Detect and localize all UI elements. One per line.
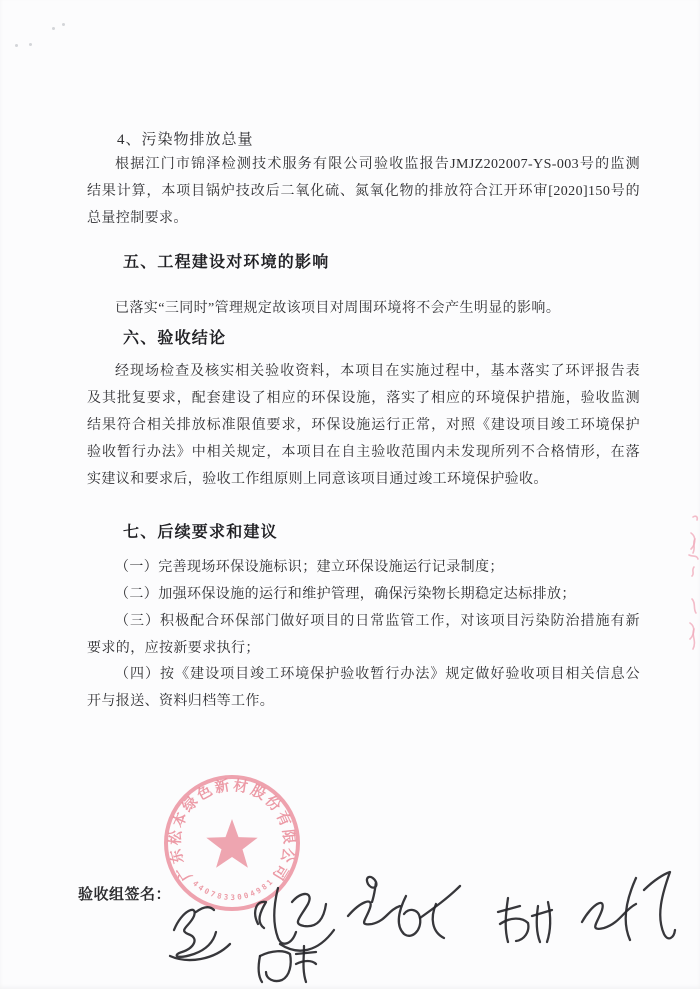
- paragraph-line: 已落实“三同时”管理规定故该项目对周围环境将不会产生明显的影响。: [87, 299, 640, 321]
- signature-4: [348, 877, 460, 938]
- paragraph-line: 根据江门市锦泽检测技术服务有限公司验收监报告JMJZ202007-YS-003号…: [87, 155, 640, 177]
- section-heading-environment-impact: 五、工程建设对环境的影响: [123, 249, 329, 272]
- edge-stamp-fragments: [679, 503, 700, 653]
- signature-6: [582, 872, 675, 940]
- signature-1: [170, 907, 230, 960]
- signature-5: [498, 898, 552, 942]
- paragraph-line: 经现场检查及核实相关验收资料，本项目在实施过程中，基本落实了环评报告表: [87, 362, 640, 384]
- paragraph-line: 结果符合相关排放标准限值要求，环保设施运行正常，对照《建设项目竣工环境保护: [87, 416, 640, 438]
- paragraph-line: 实建议和要求后，验收工作组原则上同意该项目通过竣工环境保护验收。: [87, 470, 640, 492]
- list-item-continuation: 开与报送、资料归档等工作。: [87, 692, 640, 714]
- section-heading-acceptance-conclusion: 六、验收结论: [123, 325, 226, 348]
- scan-speck: [62, 23, 65, 26]
- list-item: （一）完善现场环保设施标识；建立环保设施运行记录制度；: [87, 558, 640, 580]
- paragraph-line: 及其批复要求，配套建设了相应的环保设施，落实了相应的环境保护措施，验收监测: [87, 389, 640, 411]
- scan-speck: [52, 27, 55, 30]
- paragraph-line: 总量控制要求。: [87, 209, 640, 231]
- signature-2: [255, 888, 334, 951]
- subsection-heading-pollutant-totals: 4、污染物排放总量: [117, 128, 254, 149]
- paragraph-line: 验收暂行办法》中相关规定，本项目在自主验收范围内未发现所列不合格情形，在落: [87, 443, 640, 465]
- list-item: （三）积极配合环保部门做好项目的日常监管工作，对该项目污染防治措施有新: [87, 612, 640, 634]
- paragraph-line: 结果计算，本项目锅炉技改后二氧化硫、氮氧化物的排放符合江开环审[2020]150…: [87, 182, 640, 204]
- list-item-continuation: 要求的，应按新要求执行；: [87, 639, 640, 661]
- scan-speck: [29, 43, 32, 46]
- signature-3: [259, 946, 316, 982]
- handwritten-signatures: [130, 860, 690, 988]
- list-item: （四）按《建设项目竣工环境保护验收暂行办法》规定做好验收项目相关信息公: [87, 665, 640, 687]
- scan-speck: [15, 44, 18, 47]
- section-heading-followup-requirements: 七、后续要求和建议: [123, 519, 278, 542]
- list-item: （二）加强环保设施的运行和维护管理，确保污染物长期稳定达标排放；: [87, 585, 640, 607]
- scanned-document-page: 4、污染物排放总量 根据江门市锦泽检测技术服务有限公司验收监报告JMJZ2020…: [0, 0, 700, 989]
